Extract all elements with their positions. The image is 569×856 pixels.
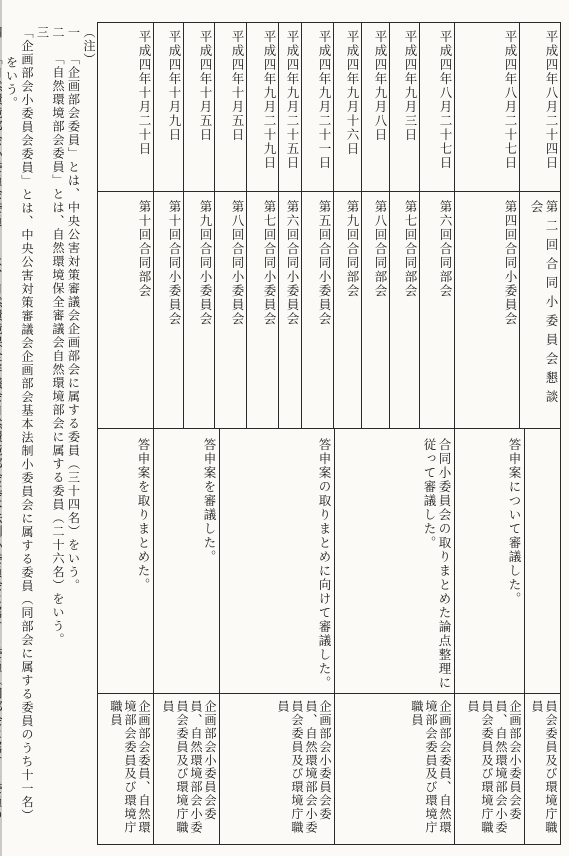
note-item-2-number: 二	[50, 26, 66, 40]
meeting-name-cell: 第八回合同小委員会	[214, 192, 246, 428]
date-cell: 平成四年十月五日	[214, 23, 246, 191]
description-cell: 合同小委員会の取りまとめた論点整理に従って審議した。	[334, 429, 454, 693]
date-cell: 平成四年九月十六日	[333, 23, 361, 191]
date-cell: 平成四年九月二十一日	[301, 23, 333, 191]
note-item-3: 三「企画部会小委員会委員」とは、中央公害対策審議会企画部会基本法制小委員会に属す…	[19, 26, 50, 844]
date-cell: 平成四年八月二十四日	[519, 23, 560, 191]
meeting-name-cell: 第十回合同小委員会	[153, 192, 183, 428]
meeting-name-cell: 第四回合同小委員会	[454, 192, 519, 428]
meeting-names-band: 第二回合同小委員会懇談会第四回合同小委員会第六回合同部会第七回合同部会第八回合同…	[98, 192, 560, 429]
meeting-name-cell: 第七回合同部会	[389, 192, 419, 428]
date-cell: 平成四年十月九日	[153, 23, 183, 191]
meeting-name-cell: 第六回合同部会	[419, 192, 454, 428]
meeting-name-cell: 第九回合同小委員会	[183, 192, 214, 428]
dates-band: 平成四年八月二十四日平成四年八月二十七日平成四年八月二十七日平成四年九月三日平成…	[98, 23, 560, 192]
note-item-1-text: 「企画部会委員」とは、中央公害対策審議会企画部会に属する委員（三十四名）をいう。	[67, 53, 81, 593]
note-item-2-text: 「自然環境部会委員」とは、自然環境保全審議会自然環境部会に属する委員（二十六名）…	[51, 53, 65, 647]
description-cell: 答申案を取りまとめた。	[98, 429, 153, 693]
note-item-1: （注）一「企画部会委員」とは、中央公害対策審議会企画部会に属する委員（三十四名）…	[65, 26, 96, 844]
date-cell: 平成四年九月二十九日	[246, 23, 278, 191]
description-cell: 答申案について審議した。	[454, 429, 524, 693]
description-cell	[524, 429, 560, 693]
participants-cell: 企画部会委員、自然環境部会委員及び環境庁職員	[98, 694, 153, 844]
note-item-1-number: 一	[65, 26, 81, 40]
meeting-name-cell: 第八回合同部会	[361, 192, 389, 428]
date-cell: 平成四年八月二十七日	[454, 23, 519, 191]
notes-block: （注）一「企画部会委員」とは、中央公害対策審議会企画部会に属する委員（三十四名）…	[4, 26, 96, 844]
participants-cell: 企画部会小委員会委員、自然環境部会小委員会委員及び環境庁職員	[219, 694, 334, 844]
meeting-schedule-table: 平成四年八月二十四日平成四年八月二十七日平成四年八月二十七日平成四年九月三日平成…	[97, 22, 561, 845]
note-item-4-number: 四	[0, 26, 3, 40]
participants-band: 員会委員及び環境庁職員企画部会小委員会委員、自然環境部会小委員会委員及び環境庁職…	[98, 694, 560, 844]
meeting-name-cell: 第十回合同部会	[98, 192, 153, 428]
participants-cell: 員会委員及び環境庁職員	[524, 694, 560, 844]
date-cell: 平成四年九月三日	[389, 23, 419, 191]
date-cell: 平成四年十月二十日	[98, 23, 153, 191]
descriptions-band: 答申案について審議した。合同小委員会の取りまとめた論点整理に従って審議した。答申…	[98, 429, 560, 694]
note-item-3-number: 三	[34, 26, 50, 40]
date-cell: 平成四年九月八日	[361, 23, 389, 191]
notes-label: （注）	[81, 26, 97, 837]
note-item-4-text: 「自然環境部会小委員会委員」とは、自然環境保全審議会自然環境部会基本法制小委員会…	[0, 26, 3, 836]
date-cell: 平成四年九月二十五日	[278, 23, 301, 191]
meeting-name-cell: 第五回合同小委員会	[301, 192, 333, 428]
meeting-name-cell: 第九回合同部会	[333, 192, 361, 428]
meeting-name-cell: 第二回合同小委員会懇談会	[519, 192, 560, 428]
note-item-2: 二「自然環境部会委員」とは、自然環境保全審議会自然環境部会に属する委員（二十六名…	[50, 26, 66, 844]
participants-cell: 企画部会小委員会委員、自然環境部会小委員会委員及び環境庁職員	[153, 694, 219, 844]
meeting-name-cell: 第六回合同小委員会	[278, 192, 301, 428]
participants-cell: 企画部会小委員会委員、自然環境部会小委員会委員及び環境庁職員	[454, 694, 524, 844]
date-cell: 平成四年八月二十七日	[419, 23, 454, 191]
description-cell: 答申案の取りまとめに向けて審議した。	[219, 429, 334, 693]
note-item-4: 四「自然環境部会小委員会委員」とは、自然環境保全審議会自然環境部会基本法制小委員…	[0, 26, 3, 844]
note-item-3-tail: をいう。	[3, 26, 19, 844]
note-item-3-text: 「企画部会小委員会委員」とは、中央公害対策審議会企画部会基本法制小委員会に属する…	[20, 26, 34, 823]
date-cell: 平成四年十月五日	[183, 23, 214, 191]
scanned-document-page: （注）一「企画部会委員」とは、中央公害対策審議会企画部会に属する委員（三十四名）…	[0, 0, 569, 856]
meeting-name-cell: 第七回合同小委員会	[246, 192, 278, 428]
description-cell: 答申案を審議した。	[153, 429, 219, 693]
participants-cell: 企画部会委員、自然環境部会委員及び環境庁職員	[334, 694, 454, 844]
